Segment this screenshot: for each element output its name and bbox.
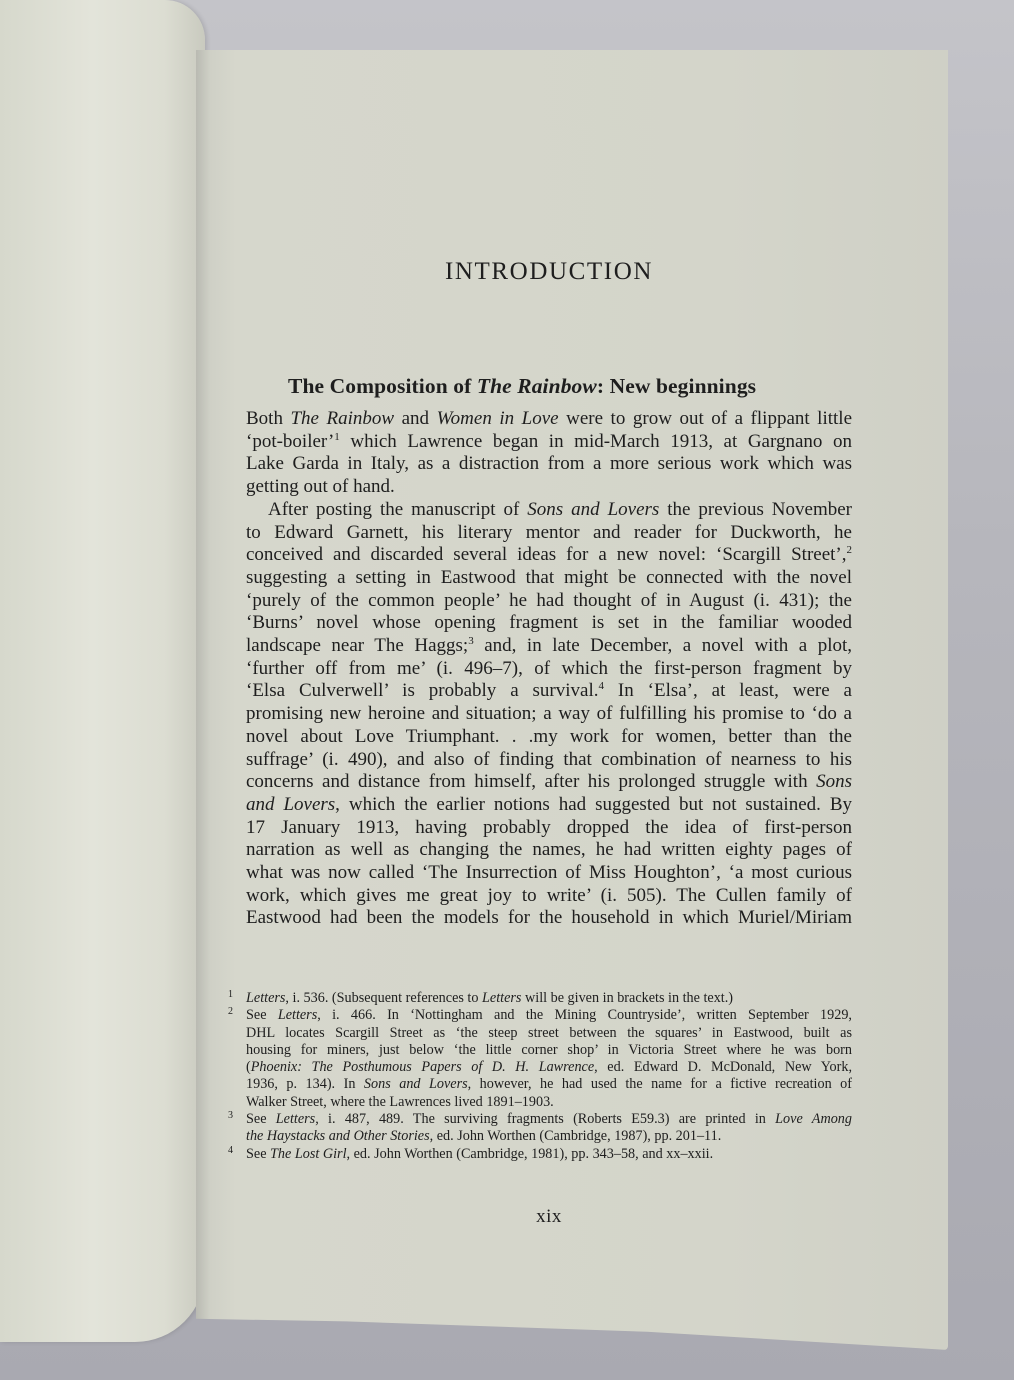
footnote-line: See Letters, i. 487, 489. The surviving … <box>246 1111 852 1128</box>
section-title-prefix: The Composition of <box>288 374 477 398</box>
text-run: See <box>246 1111 276 1127</box>
chapter-title: INTRODUCTION <box>246 258 852 286</box>
text-run: novel about Love Triumphant. . .my work … <box>246 726 852 747</box>
text-run: promising new heroine and situation; a w… <box>246 703 852 724</box>
text-line: what was now called ‘The Insurrection of… <box>246 862 852 885</box>
footnote-line: See Letters, i. 466. In ‘Nottingham and … <box>246 1007 852 1024</box>
italic-title: The Rainbow <box>290 408 394 429</box>
footnote: 4See The Lost Girl, ed. John Worthen (Ca… <box>246 1146 852 1163</box>
text-line: After posting the manuscript of Sons and… <box>246 499 852 522</box>
text-run: suggesting a setting in Eastwood that mi… <box>246 567 852 588</box>
text-run: See <box>246 1007 278 1023</box>
footnote-line: the Haystacks and Other Stories, ed. Joh… <box>246 1128 852 1145</box>
italic-title: Sons <box>816 771 852 792</box>
italic-title: Love Among <box>775 1111 852 1127</box>
text-run: housing for miners, just below ‘the litt… <box>246 1042 852 1058</box>
text-line: ‘further off from me’ (i. 496–7), of whi… <box>246 658 852 681</box>
footnote-line: 1936, p. 134). In Sons and Lovers, howev… <box>246 1076 852 1093</box>
footnote-line: (Phoenix: The Posthumous Papers of D. H.… <box>246 1059 852 1076</box>
text-line: getting out of hand. <box>246 476 852 499</box>
text-line: promising new heroine and situation; a w… <box>246 703 852 726</box>
text-line: and Lovers, which the earlier notions ha… <box>246 794 852 817</box>
footnote: 1Letters, i. 536. (Subsequent references… <box>246 990 852 1007</box>
footnote-number: 1 <box>228 986 233 1003</box>
italic-title: Letters <box>482 990 521 1006</box>
text-line: suffrage’ (i. 490), and also of finding … <box>246 749 852 772</box>
facing-page-curled <box>0 0 205 1342</box>
text-line: landscape near The Haggs;3 and, in late … <box>246 635 852 658</box>
text-run: work, which gives me great joy to write’… <box>246 885 852 906</box>
text-line: 17 January 1913, having probably dropped… <box>246 817 852 840</box>
text-line: to Edward Garnett, his literary mentor a… <box>246 522 852 545</box>
text-run: suffrage’ (i. 490), and also of finding … <box>246 749 852 770</box>
text-run: what was now called ‘The Insurrection of… <box>246 862 852 883</box>
text-run: ‘pot-boiler’ <box>246 431 334 452</box>
footnote-ref: 2 <box>847 544 853 556</box>
text-line: Eastwood had been the models for the hou… <box>246 907 852 930</box>
section-title-suffix: : New beginnings <box>597 374 756 398</box>
footnote-line: Walker Street, where the Lawrences lived… <box>246 1094 852 1111</box>
text-run: 1936, p. 134). In <box>246 1076 364 1092</box>
text-run: and, in late December, a novel with a pl… <box>474 635 852 656</box>
text-line: Both The Rainbow and Women in Love were … <box>246 408 852 431</box>
text-run: the previous November <box>659 499 852 520</box>
text-line: suggesting a setting in Eastwood that mi… <box>246 567 852 590</box>
italic-title: Phoenix: The Posthumous Papers of D. H. … <box>251 1059 594 1075</box>
italic-title: Letters <box>246 990 285 1006</box>
text-run: ‘Burns’ novel whose opening fragment is … <box>246 612 852 633</box>
text-line: concerns and distance from himself, afte… <box>246 771 852 794</box>
text-run: Walker Street, where the Lawrences lived… <box>246 1094 554 1110</box>
text-run: to Edward Garnett, his literary mentor a… <box>246 522 852 543</box>
italic-title: Letters <box>276 1111 315 1127</box>
text-run: , ed. John Worthen (Cambridge, 1981), pp… <box>347 1146 714 1162</box>
text-run: ‘purely of the common people’ he had tho… <box>246 590 852 611</box>
text-run: , ed. John Worthen (Cambridge, 1987), pp… <box>430 1128 722 1144</box>
text-run: Both <box>246 408 290 429</box>
text-line: narration as well as changing the names,… <box>246 839 852 862</box>
italic-title: Women in Love <box>437 408 559 429</box>
text-run: , i. 536. (Subsequent references to <box>285 990 482 1006</box>
text-run: which Lawrence began in mid-March 1913, … <box>340 431 852 452</box>
text-run: See <box>246 1146 270 1162</box>
text-run: , which the earlier notions had suggeste… <box>335 794 852 815</box>
footnote: 2See Letters, i. 466. In ‘Nottingham and… <box>246 1007 852 1111</box>
text-line: conceived and discarded several ideas fo… <box>246 544 852 567</box>
text-run: ‘further off from me’ (i. 496–7), of whi… <box>246 658 852 679</box>
footnote-line: See The Lost Girl, ed. John Worthen (Cam… <box>246 1146 852 1163</box>
text-line: work, which gives me great joy to write’… <box>246 885 852 908</box>
text-line: novel about Love Triumphant. . .my work … <box>246 726 852 749</box>
text-run: In ‘Elsa’, at least, were a <box>604 680 852 701</box>
text-run: , ed. Edward D. McDonald, New York, <box>594 1059 852 1075</box>
text-run: were to grow out of a flippant little <box>559 408 852 429</box>
text-run: 17 January 1913, having probably dropped… <box>246 817 852 838</box>
text-run: landscape near The Haggs; <box>246 635 468 656</box>
footnote-line: housing for miners, just below ‘the litt… <box>246 1042 852 1059</box>
footnote-number: 3 <box>228 1107 233 1124</box>
text-line: ‘Burns’ novel whose opening fragment is … <box>246 612 852 635</box>
text-run: DHL locates Scargill Street as ‘the stee… <box>246 1025 852 1041</box>
footnote-line: Letters, i. 536. (Subsequent references … <box>246 990 852 1007</box>
section-title: The Composition of The Rainbow: New begi… <box>288 374 852 399</box>
footnote-line: DHL locates Scargill Street as ‘the stee… <box>246 1025 852 1042</box>
footnote-number: 4 <box>228 1142 233 1159</box>
text-run: narration as well as changing the names,… <box>246 839 852 860</box>
text-run: ‘Elsa Culverwell’ is probably a survival… <box>246 680 599 701</box>
text-run: , i. 466. In ‘Nottingham and the Mining … <box>317 1007 852 1023</box>
footnotes: 1Letters, i. 536. (Subsequent references… <box>246 990 852 1163</box>
text-run: getting out of hand. <box>246 476 395 497</box>
italic-title: Sons and Lovers <box>527 499 659 520</box>
italic-title: the Haystacks and Other Stories <box>246 1128 430 1144</box>
italic-title: The Lost Girl <box>270 1146 346 1162</box>
italic-title: Sons and Lovers <box>364 1076 468 1092</box>
section-title-italic: The Rainbow <box>477 374 597 398</box>
text-line: Lake Garda in Italy, as a distraction fr… <box>246 453 852 476</box>
italic-title: Letters <box>278 1007 317 1023</box>
text-run: , however, he had used the name for a fi… <box>468 1076 852 1092</box>
page-number: xix <box>246 1206 852 1228</box>
text-run: conceived and discarded several ideas fo… <box>246 544 847 565</box>
text-run: concerns and distance from himself, afte… <box>246 771 816 792</box>
text-run: After posting the manuscript of <box>268 499 527 520</box>
text-run: will be given in brackets in the text.) <box>521 990 733 1006</box>
text-line: ‘purely of the common people’ he had tho… <box>246 590 852 613</box>
footnote-number: 2 <box>228 1003 233 1020</box>
italic-title: and Lovers <box>246 794 335 815</box>
text-run: Eastwood had been the models for the hou… <box>246 907 852 928</box>
text-line: ‘pot-boiler’1 which Lawrence began in mi… <box>246 431 852 454</box>
body-text: Both The Rainbow and Women in Love were … <box>246 408 852 930</box>
footnote: 3See Letters, i. 487, 489. The surviving… <box>246 1111 852 1146</box>
text-run: and <box>394 408 437 429</box>
text-line: ‘Elsa Culverwell’ is probably a survival… <box>246 680 852 703</box>
paragraph: Both The Rainbow and Women in Love were … <box>246 408 852 499</box>
paragraph: After posting the manuscript of Sons and… <box>246 499 852 930</box>
text-run: Lake Garda in Italy, as a distraction fr… <box>246 453 852 474</box>
text-run: , i. 487, 489. The surviving fragments (… <box>315 1111 775 1127</box>
